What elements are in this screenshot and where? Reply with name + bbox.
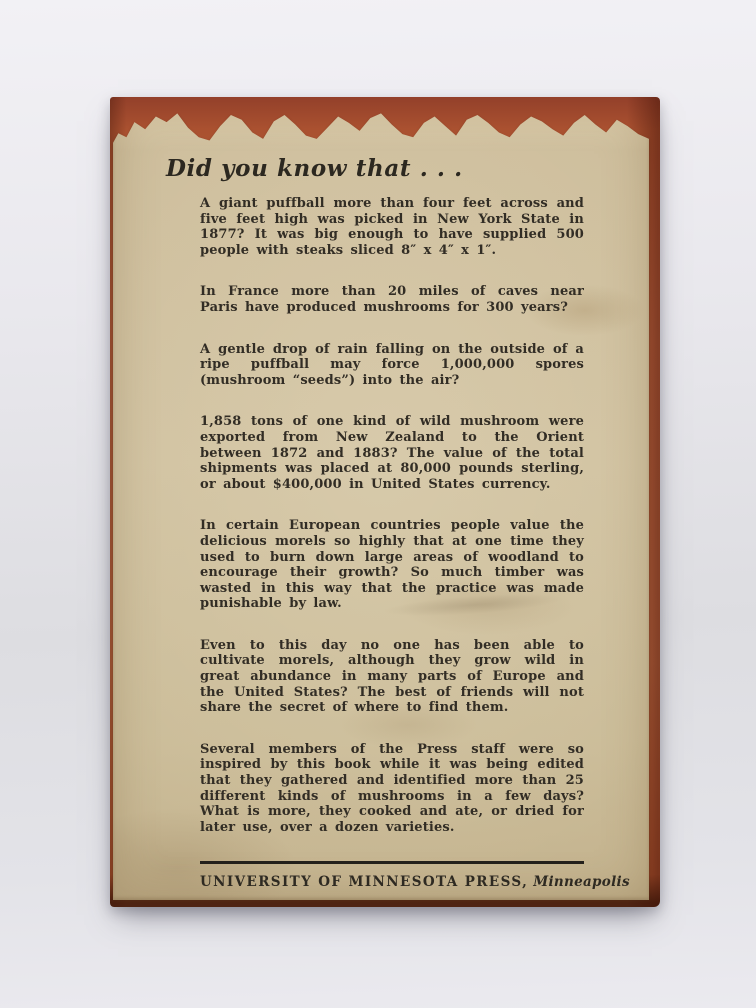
fact-paragraph: A giant puffball more than four feet acr… [200, 196, 584, 258]
fact-paragraph: Even to this day no one has been able to… [200, 638, 584, 716]
publisher-line: UNIVERSITY OF MINNESOTA PRESS,Minneapoli… [200, 874, 584, 890]
divider-rule [200, 861, 584, 864]
dust-jacket-wrap: Did you know that . . . A giant puffball… [113, 103, 649, 900]
book: Did you know that . . . A giant puffball… [110, 97, 660, 907]
jacket-content: Did you know that . . . A giant puffball… [113, 103, 649, 900]
dust-jacket: Did you know that . . . A giant puffball… [113, 103, 649, 900]
fact-paragraph: In certain European countries people val… [200, 518, 584, 612]
photo-background: Did you know that . . . A giant puffball… [0, 0, 756, 1008]
publisher-name: UNIVERSITY OF MINNESOTA PRESS, [200, 874, 528, 890]
fact-paragraph: Several members of the Press staff were … [200, 742, 584, 836]
fact-paragraph: 1,858 tons of one kind of wild mushroom … [200, 414, 584, 492]
fact-paragraph: A gentle drop of rain falling on the out… [200, 342, 584, 389]
fact-paragraph: In France more than 20 miles of caves ne… [200, 284, 584, 315]
jacket-title: Did you know that . . . [166, 155, 584, 182]
publisher-city: Minneapolis [533, 874, 630, 890]
